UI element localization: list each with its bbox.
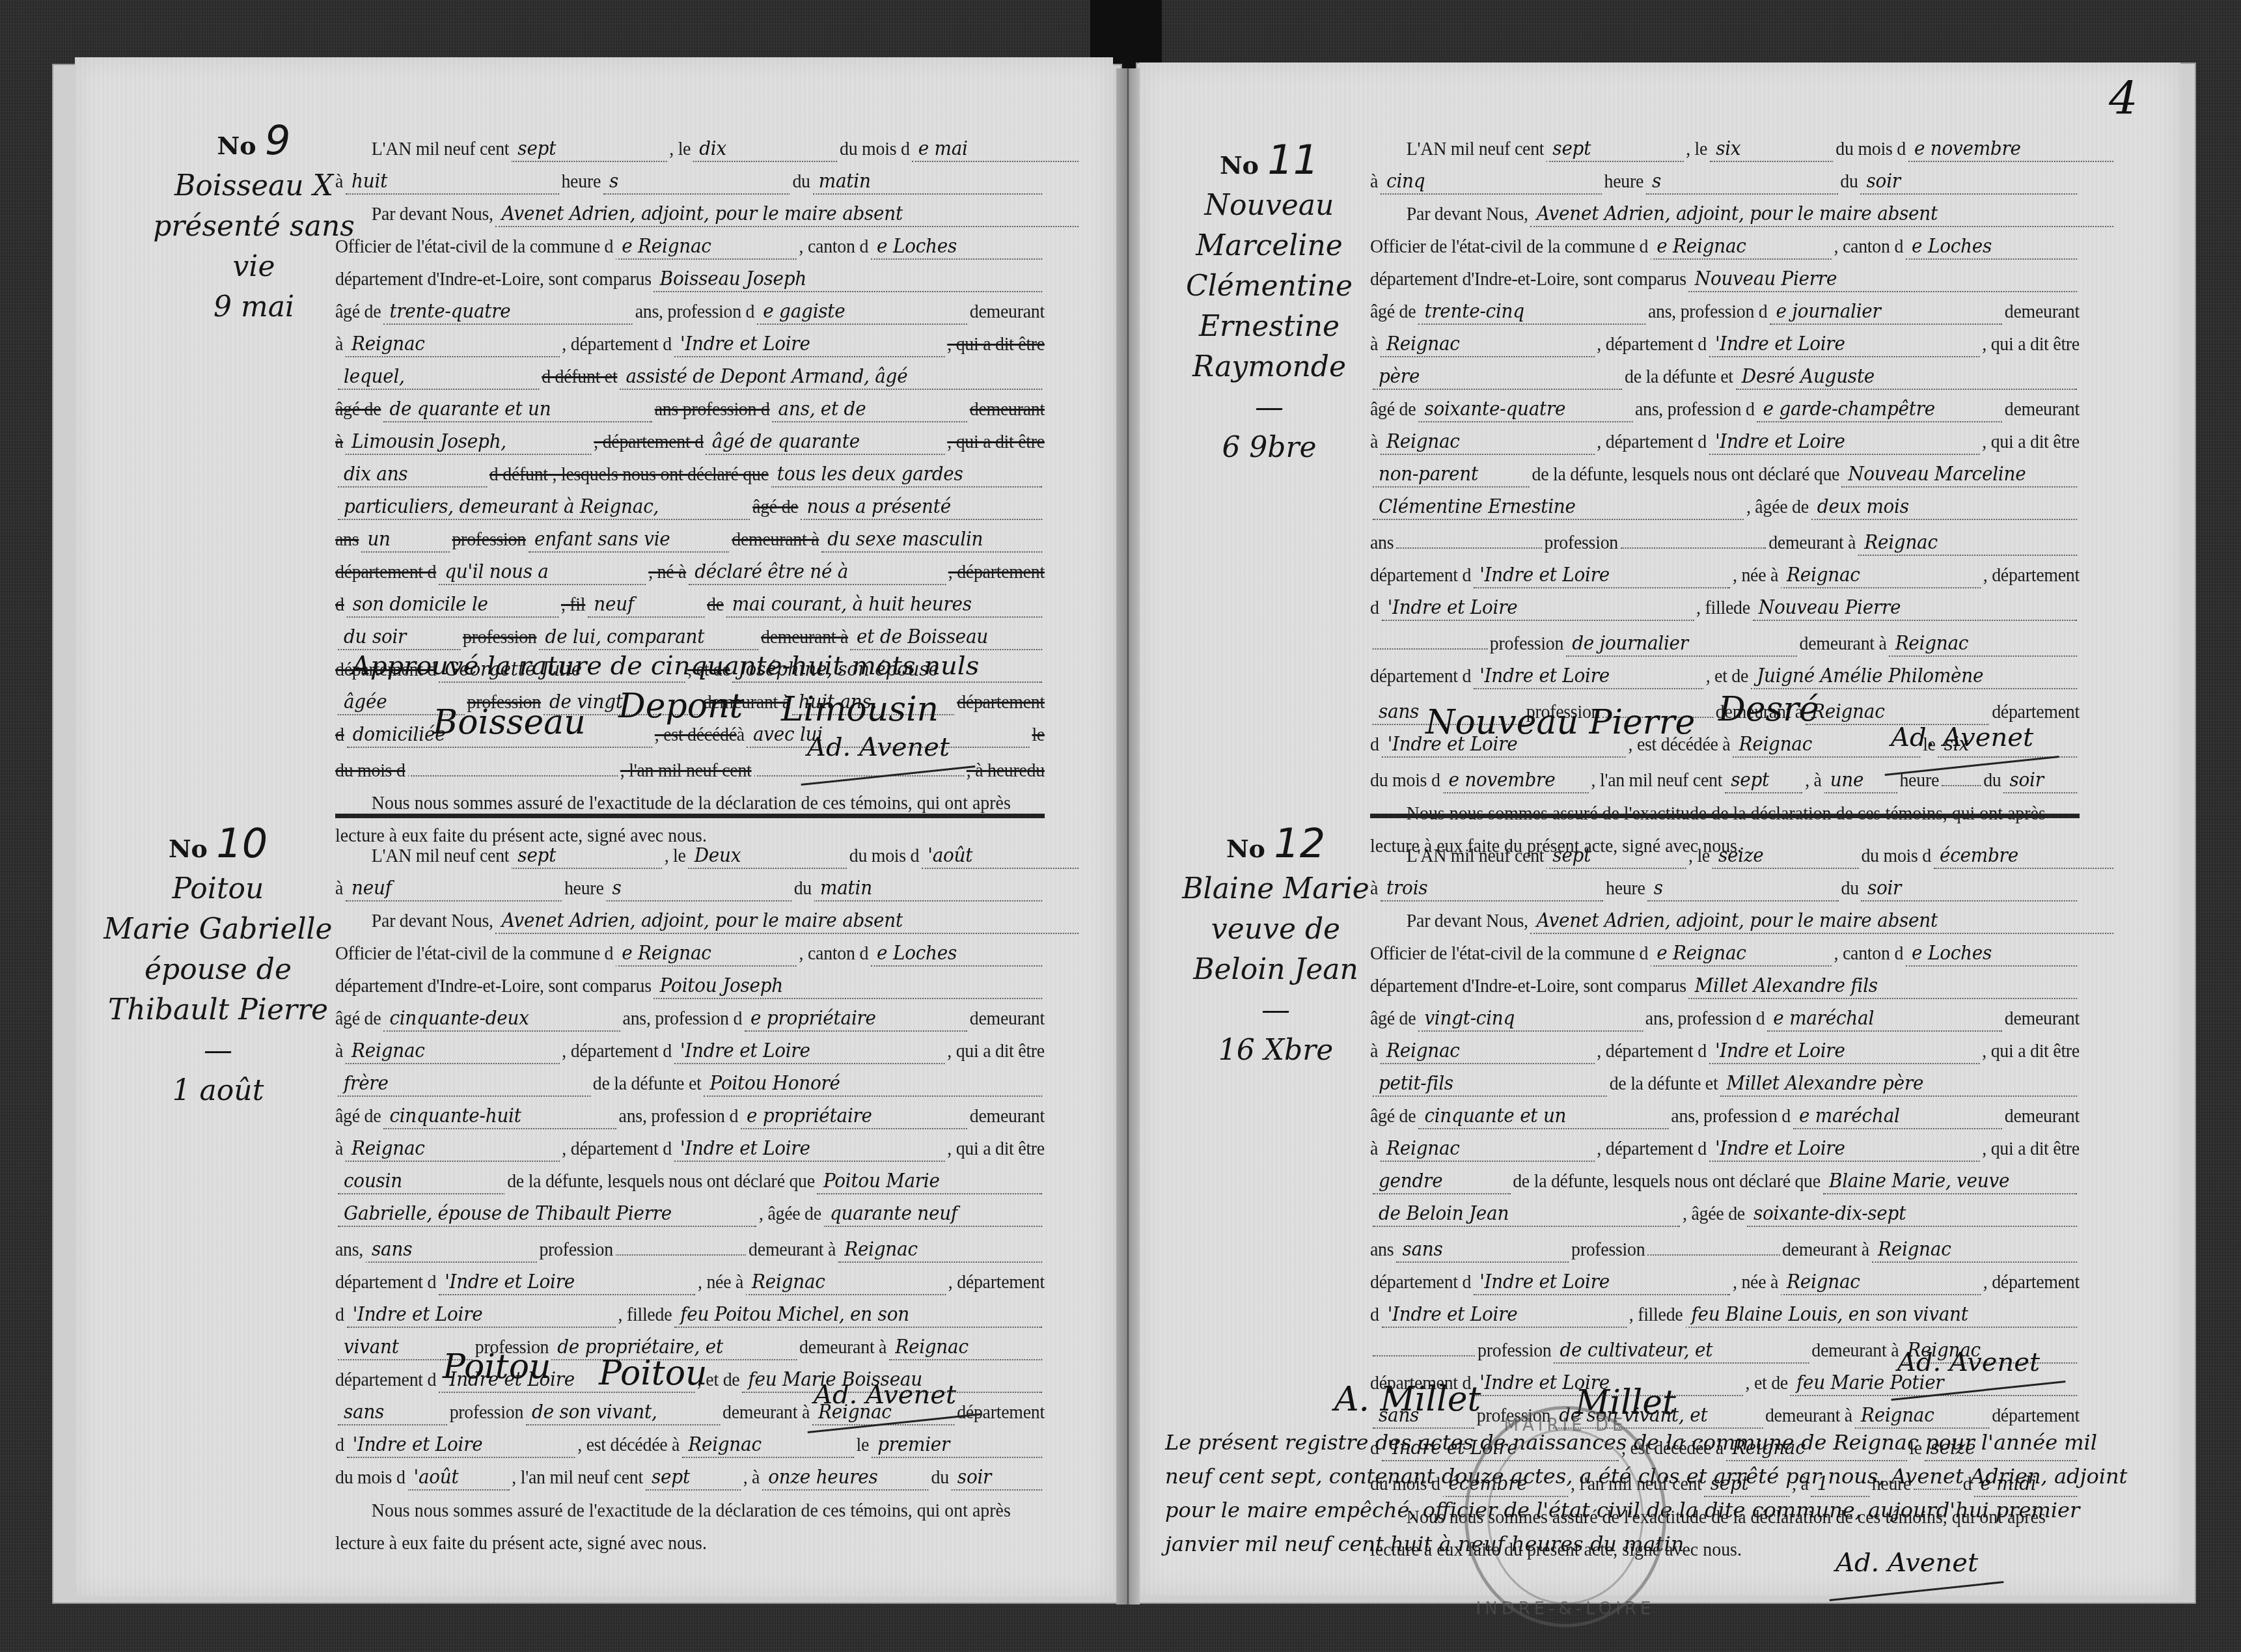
handwritten-field: cinq <box>1381 170 1602 195</box>
form-line: Officier de l'état-civil de la commune d… <box>335 231 1045 264</box>
form-line: L'AN mil neuf centsept, leseizedu mois d… <box>1370 840 2116 873</box>
form-line: âgé decinquante et unans, profession de … <box>1370 1101 2080 1133</box>
handwritten-field: e Reignac <box>1651 942 1832 967</box>
margin-line: 1 août <box>75 1071 361 1111</box>
handwritten-field: e Reignac <box>616 942 797 967</box>
printed-label: d <box>1370 1299 1379 1331</box>
handwritten-field: s <box>1647 877 1838 902</box>
handwritten-field: nous a présenté <box>801 495 1042 520</box>
handwritten-field: 'Indre et Loire <box>346 1433 575 1458</box>
printed-label: , qui a dit être <box>1982 426 2080 458</box>
printed-label: département d <box>335 1267 436 1299</box>
handwritten-field: Desré Auguste <box>1735 365 2077 390</box>
handwritten-field <box>407 752 618 777</box>
printed-label: d <box>335 1429 344 1461</box>
printed-label: demeurant à <box>1768 527 1856 559</box>
printed-label: , canton d <box>1834 231 1903 263</box>
form-line: particuliers, demeurant à Reignac,âgé de… <box>335 491 1045 524</box>
form-line: d'Indre et Loire, filledeNouveau Pierre <box>1370 592 2080 625</box>
printed-label: , à <box>743 1462 760 1494</box>
act-number-label: No <box>1226 834 1265 863</box>
printed-label: département <box>957 687 1045 719</box>
printed-label: ans, profession d <box>1635 394 1755 426</box>
handwritten-field: petit-fils <box>1373 1072 1607 1097</box>
printed-label: Par devant Nous, <box>1407 199 1528 230</box>
printed-label: à <box>335 329 343 361</box>
margin-line: Thibault Pierre <box>75 990 361 1030</box>
margin-line: Nouveau <box>1139 186 1399 226</box>
printed-label: d défunt , lesquels nous ont déclaré que <box>489 459 769 491</box>
handwritten-field: de quarante et un <box>383 398 652 422</box>
printed-label: profession <box>463 622 536 654</box>
form-line: département dqu'il nous a, né àdéclaré ê… <box>335 557 1045 589</box>
handwritten-field: e maréchal <box>1767 1007 2002 1032</box>
handwritten-field: e novembre <box>1908 137 2113 162</box>
margin-note-act-12: No 12Blaine Marieveuve deBeloin Jean—16 … <box>1146 823 1406 1071</box>
handwritten-field: e maréchal <box>1793 1105 2002 1129</box>
printed-label: du <box>794 873 812 905</box>
form-line: àReignac, département d'Indre et Loire, … <box>1370 329 2080 361</box>
handwritten-field: sept <box>512 137 667 162</box>
handwritten-field: enfant sans vie <box>529 528 730 553</box>
handwritten-field: sans <box>366 1238 537 1263</box>
handwritten-field: écembre <box>1934 844 2113 869</box>
handwritten-field: e propriétaire <box>745 1007 967 1032</box>
printed-label: profession <box>1490 628 1563 660</box>
form-line: àReignac, département d'Indre et Loire, … <box>1370 1133 2080 1166</box>
handwritten-field: Reignac <box>1889 632 2077 657</box>
printed-label: , âgée de <box>759 1198 821 1230</box>
printed-label: département d <box>1370 560 1471 592</box>
handwritten-field: sept <box>1547 137 1683 162</box>
handwritten-field: Juigné Amélie Philomène <box>1751 665 2077 689</box>
handwritten-field: Reignac <box>889 1336 1042 1360</box>
act-number: No 11 <box>1139 140 1399 186</box>
form-line: âgé decinquante-huitans, profession de p… <box>335 1101 1045 1133</box>
printed-label: ans, <box>335 1234 363 1266</box>
form-line: àReignac, département d'Indre et Loire, … <box>335 329 1045 361</box>
form-line: Gabrielle, épouse de Thibault Pierre, âg… <box>335 1198 1045 1231</box>
handwritten-field: sans <box>338 1401 447 1425</box>
printed-label: profession <box>539 1234 612 1266</box>
handwritten-field: seize <box>1712 844 1859 869</box>
printed-label: , département <box>948 1267 1045 1299</box>
printed-label: , département d <box>1597 426 1707 458</box>
printed-label: , département d <box>1597 329 1707 361</box>
handwritten-field: e Reignac <box>616 235 797 260</box>
handwritten-field: neuf <box>588 593 704 618</box>
form-line: de Beloin Jean, âgée desoixante-dix-sept <box>1370 1198 2080 1231</box>
form-line: pèrede la défunte etDesré Auguste <box>1370 361 2080 394</box>
printed-label: d défunt et <box>542 361 617 393</box>
form-line: anssansprofessiondemeurant àReignac <box>1370 1231 2080 1267</box>
printed-label: département d'Indre-et-Loire, sont compa… <box>1370 971 1686 1002</box>
handwritten-field: Reignac <box>1381 333 1595 357</box>
printed-label: profession <box>1545 527 1618 559</box>
printed-label: à <box>335 1133 343 1165</box>
handwritten-field: e mai <box>912 137 1079 162</box>
form-line: ans,sansprofessiondemeurant àReignac <box>335 1231 1045 1267</box>
form-line: département d'Indre et Loire, et deJuign… <box>1370 661 2080 693</box>
handwritten-field: 'Indre et Loire <box>1709 333 1980 357</box>
form-line: àLimousin Joseph,, département dâgé de q… <box>335 426 1045 459</box>
handwritten-field: de cultivateur, et <box>1554 1339 1809 1364</box>
handwritten-field: cinquante-huit <box>383 1105 616 1129</box>
printed-label: à <box>1370 873 1378 905</box>
handwritten-field: Poitou Joseph <box>653 974 1042 999</box>
handwritten-field: Reignac <box>346 1039 560 1064</box>
margin-line: — <box>75 1030 361 1071</box>
act-number-value: 12 <box>1274 819 1325 867</box>
printed-label: âgé de <box>335 296 381 328</box>
handwritten-field: Avenet Adrien, adjoint, pour le maire ab… <box>495 202 1079 227</box>
printed-label: , département <box>1983 560 2080 592</box>
handwritten-field: Nouveau Pierre <box>1688 268 2077 292</box>
handwritten-field: et de Boisseau <box>851 626 1042 650</box>
handwritten-field: Reignac <box>1381 430 1595 455</box>
handwritten-field: Poitou Honoré <box>704 1072 1042 1097</box>
printed-label: à <box>1370 166 1378 198</box>
handwritten-field: qu'il nous a <box>439 560 646 585</box>
handwritten-field: non-parent <box>1373 463 1530 488</box>
handwritten-field: Reignac <box>1781 1271 1981 1295</box>
printed-label: ans, profession d <box>619 1101 739 1133</box>
act-number-value: 9 <box>265 117 290 164</box>
printed-label: département d'Indre-et-Loire, sont compa… <box>335 264 652 296</box>
printed-label: à <box>335 873 343 905</box>
margin-line: Beloin Jean <box>1146 950 1406 990</box>
act-number-value: 11 <box>1267 136 1319 184</box>
printed-label: profession <box>1571 1234 1645 1266</box>
printed-label: du mois d <box>1861 840 1931 872</box>
handwritten-field: 'Indre et Loire <box>1381 1303 1627 1328</box>
handwritten-field: trois <box>1381 877 1604 902</box>
handwritten-field: particuliers, demeurant à Reignac, <box>338 495 750 520</box>
printed-label: à <box>335 166 343 198</box>
form-line: département d'Indre et Loire, née àReign… <box>335 1267 1045 1299</box>
handwritten-field: 'Indre et Loire <box>674 1039 945 1064</box>
printed-label: du <box>1841 873 1859 905</box>
printed-label: , qui a dit être <box>1982 1133 2080 1165</box>
printed-label: profession <box>450 1397 523 1429</box>
printed-label: , l'an mil neuf cent <box>1591 765 1723 797</box>
handwritten-field: 'Indre et Loire <box>1709 1039 1980 1064</box>
printed-label: d <box>335 589 344 621</box>
handwritten-field: soir <box>1862 877 2078 902</box>
margin-note-act-10: No 10PoitouMarie Gabrielleépouse deThiba… <box>75 823 361 1111</box>
printed-label: de la défunte, lesquels nous ont déclaré… <box>507 1166 815 1198</box>
printed-label: heure <box>561 166 601 198</box>
printed-label: , et de <box>1706 661 1748 693</box>
printed-label: , à heure <box>967 755 1027 787</box>
officer-signature: Ad. Avenet <box>814 1380 956 1410</box>
handwritten-field: e propriétaire <box>741 1105 967 1129</box>
form-line: Officier de l'état-civil de la commune d… <box>335 938 1045 971</box>
handwritten-field: Blaine Marie, veuve <box>1823 1170 2078 1194</box>
margin-line: Marceline Clémentine <box>1139 226 1399 307</box>
printed-label: L'AN mil neuf cent <box>1407 840 1545 872</box>
printed-label: , âgée de <box>1746 491 1809 523</box>
printed-label: à <box>1370 1133 1378 1165</box>
handwritten-field: âgé de quarante <box>706 430 945 455</box>
form-line: àReignac, département d'Indre et Loire, … <box>335 1133 1045 1166</box>
erasure-approval-note: Approuvé la rature de cinquante-huit mot… <box>351 651 979 681</box>
officer-signature: Ad. Avenet <box>807 732 950 762</box>
closing-line: lecture à eux faite du présent acte, sig… <box>335 1527 1045 1560</box>
handwritten-field: e Reignac <box>1651 235 1832 260</box>
act-separator-rule <box>1370 814 2080 818</box>
printed-label: ans, profession d <box>1671 1101 1791 1133</box>
handwritten-field: 'Indre et Loire <box>1474 564 1730 588</box>
handwritten-field: e Loches <box>1906 942 2077 967</box>
form-line: àReignac, département d'Indre et Loire, … <box>1370 1036 2080 1068</box>
handwritten-field: huit <box>346 170 559 195</box>
printed-label: , le <box>665 840 686 872</box>
handwritten-field: Millet Alexandre fils <box>1688 974 2077 999</box>
printed-label: ans <box>1370 1234 1394 1266</box>
handwritten-field: Clémentine Ernestine <box>1373 495 1744 520</box>
witness-signature: A. Millet <box>1334 1380 1481 1419</box>
printed-label: , département d <box>1597 1036 1707 1067</box>
printed-label: , le <box>1688 840 1710 872</box>
printed-label: , qui a dit être <box>1982 1036 2080 1067</box>
handwritten-field: Nouveau Pierre <box>1753 596 2078 621</box>
printed-label: ans profession d <box>655 394 770 426</box>
printed-label: , département d <box>562 1133 672 1165</box>
handwritten-field: gendre <box>1373 1170 1511 1194</box>
printed-label: à <box>1370 426 1378 458</box>
handwritten-field: 'août <box>407 1466 509 1491</box>
printed-label: ans, profession d <box>635 296 755 328</box>
printed-label: demeurant <box>2005 1101 2080 1133</box>
handwritten-field: soir <box>1860 170 2077 195</box>
form-line: département d'Indre et Loire, née àReign… <box>1370 560 2080 592</box>
handwritten-field: 'Indre et Loire <box>1381 596 1694 621</box>
handwritten-field: de journalier <box>1566 632 1797 657</box>
handwritten-field: de Beloin Jean <box>1373 1202 1681 1227</box>
handwritten-field: Reignac <box>1806 700 1990 725</box>
handwritten-field: s <box>603 170 790 195</box>
printed-label: demeurant à <box>1800 628 1887 660</box>
witness-signature: Poitou <box>599 1354 708 1393</box>
handwritten-field: soixante-quatre <box>1418 398 1632 422</box>
form-line: Clémentine Ernestine, âgée dedeux mois <box>1370 491 2080 524</box>
margin-line: Ernestine Raymonde <box>1139 307 1399 387</box>
folio-number: 4 <box>2109 72 2138 125</box>
handwritten-field <box>1373 625 1487 650</box>
printed-label: , canton d <box>1834 938 1903 970</box>
handwritten-field: 'Indre et Loire <box>1709 430 1980 455</box>
form-line: du soirprofessionde lui, comparantdemeur… <box>335 622 1045 654</box>
printed-label: demeurant à <box>761 622 848 654</box>
printed-label: à <box>335 426 343 458</box>
form-line: Par devant Nous,Avenet Adrien, adjoint, … <box>335 199 1081 231</box>
printed-label: du mois d <box>849 840 920 872</box>
printed-label: âgé de <box>1370 394 1416 426</box>
handwritten-field: Limousin Joseph, <box>346 430 592 455</box>
form-line: professionde journalierdemeurant àReigna… <box>1370 625 2080 661</box>
printed-label: demeurant <box>2005 394 2080 426</box>
handwritten-field <box>1373 1332 1476 1356</box>
printed-label: à <box>335 1036 343 1067</box>
printed-label: , le <box>669 133 691 165</box>
stamp-top-text: MAIRIE DE <box>1504 1416 1627 1435</box>
handwritten-field: sept <box>1725 769 1803 793</box>
printed-label: , qui a dit être <box>947 1133 1045 1165</box>
printed-label: âgé de <box>752 491 798 523</box>
act-number: No 12 <box>1146 823 1406 869</box>
margin-line: — <box>1139 387 1399 428</box>
printed-label: le <box>857 1429 870 1461</box>
printed-label: , le <box>1686 133 1707 165</box>
handwritten-field: Reignac <box>838 1238 1042 1263</box>
printed-label: ans <box>1370 527 1394 559</box>
printed-label: de <box>1733 592 1750 624</box>
witness-signature: Limousin <box>781 690 939 729</box>
handwritten-field: sans <box>1396 1238 1569 1263</box>
handwritten-field: dix ans <box>338 463 487 488</box>
closure-officer-signature: Ad. Avenet <box>1835 1548 1978 1578</box>
handwritten-field: neuf <box>346 877 562 902</box>
act-number-label: No <box>1220 150 1259 180</box>
handwritten-field <box>1396 524 1542 549</box>
printed-label: heure <box>564 873 604 905</box>
handwritten-field: s <box>606 877 791 902</box>
printed-label: L'AN mil neuf cent <box>1407 133 1545 165</box>
stamp-bottom-text: INDRE-&-LOIRE <box>1476 1599 1655 1619</box>
printed-label: demeurant à <box>1811 1335 1899 1367</box>
handwritten-field: 'août <box>922 844 1079 869</box>
form-line: âgé decinquante-deuxans, profession de p… <box>335 1003 1045 1036</box>
handwritten-field: e Loches <box>1906 235 2077 260</box>
form-line: non-parentde la défunte, lesquels nous o… <box>1370 459 2080 491</box>
printed-label: demeurant <box>970 296 1045 328</box>
printed-label: , département d <box>1597 1133 1707 1165</box>
handwritten-field: son domicile le <box>346 593 558 618</box>
printed-label: demeurant à <box>722 1397 810 1429</box>
handwritten-field: Reignac <box>746 1271 946 1295</box>
closing-statement: Nous nous sommes assuré de l'exactitude … <box>335 1494 1045 1560</box>
handwritten-field: Avenet Adrien, adjoint, pour le maire ab… <box>1530 202 2113 227</box>
printed-label: de <box>707 589 724 621</box>
printed-label: du <box>931 1462 948 1494</box>
handwritten-field: onze heures <box>762 1466 929 1491</box>
handwritten-field: matin <box>814 877 1043 902</box>
form-line: âgé dede quarante et unans profession da… <box>335 394 1045 426</box>
printed-label: du mois d <box>1835 133 1906 165</box>
form-line: Officier de l'état-civil de la commune d… <box>1370 938 2080 971</box>
printed-label: ans, profession d <box>1648 296 1768 328</box>
form-line: âgé devingt-cinqans, profession de maréc… <box>1370 1003 2080 1036</box>
handwritten-field <box>1647 1231 1780 1256</box>
handwritten-field: frère <box>338 1072 590 1097</box>
handwritten-field <box>616 1231 747 1256</box>
printed-label: , département d <box>562 329 672 361</box>
handwritten-field: Nouveau Marceline <box>1842 463 2077 488</box>
handwritten-field: s <box>1646 170 1838 195</box>
printed-label: du <box>1983 765 2001 797</box>
printed-label: département d <box>1370 1267 1471 1299</box>
margin-line: 16 Xbre <box>1146 1030 1406 1071</box>
printed-label: ans, profession d <box>1645 1003 1765 1035</box>
handwritten-field: dix <box>693 137 837 162</box>
printed-label: , fil <box>561 589 585 621</box>
handwritten-field: soir <box>952 1466 1043 1491</box>
handwritten-field: feu Blaine Louis, en son vivant <box>1685 1303 2077 1328</box>
form-line: àtroisheuresdusoir <box>1370 873 2080 905</box>
handwritten-field: Reignac <box>346 1137 560 1162</box>
form-line: ansunprofessionenfant sans viedemeurant … <box>335 524 1045 557</box>
form-line: département d'Indre et Loire, née àReign… <box>1370 1267 2080 1299</box>
printed-label: âgé de <box>335 1101 381 1133</box>
margin-line: Marie Gabrielle <box>75 909 361 950</box>
printed-label: , née à <box>698 1267 743 1299</box>
printed-label: de la défunte et <box>1625 361 1733 393</box>
margin-line: veuve de <box>1146 909 1406 950</box>
form-line: petit-filsde la défunte etMillet Alexand… <box>1370 1068 2080 1101</box>
margin-line: 6 9bre <box>1139 428 1399 468</box>
printed-label: , département <box>1983 1267 2080 1299</box>
handwritten-field: Reignac <box>1872 1238 2078 1263</box>
printed-label: , fille <box>1696 592 1733 624</box>
printed-label: , âgée de <box>1683 1198 1745 1230</box>
handwritten-field: tous les deux gardes <box>771 463 1043 488</box>
handwritten-field: du soir <box>338 626 461 650</box>
printed-label: demeurant à <box>749 1234 836 1266</box>
printed-label: demeurant <box>2005 296 2080 328</box>
form-line: du mois de novembre, l'an mil neuf cents… <box>1370 762 2080 797</box>
printed-label: , qui a dit être <box>947 426 1045 458</box>
handwritten-field: 'Indre et Loire <box>674 333 945 357</box>
handwritten-field: de son vivant, <box>526 1401 720 1425</box>
form-line: àReignac, département d'Indre et Loire, … <box>1370 426 2080 459</box>
form-line: Par devant Nous,Avenet Adrien, adjoint, … <box>335 905 1081 938</box>
handwritten-field: e novembre <box>1442 769 1589 793</box>
form-line: département d'Indre-et-Loire, sont compa… <box>335 264 1045 296</box>
form-line: L'AN mil neuf centsept, leDeuxdu mois d'… <box>335 840 1081 873</box>
handwritten-field: sept <box>1547 844 1686 869</box>
printed-label: heure <box>1604 166 1643 198</box>
margin-line: Blaine Marie <box>1146 869 1406 909</box>
printed-label: , et de <box>1745 1368 1787 1399</box>
printed-label: d <box>1370 729 1379 761</box>
form-line: âgé detrente-quatreans, profession de ga… <box>335 296 1045 329</box>
printed-label: , l'an mil neuf cent <box>620 755 752 787</box>
handwritten-field: 'Indre et Loire <box>1474 1271 1730 1295</box>
form-line: département d'Indre-et-Loire, sont compa… <box>1370 971 2080 1003</box>
printed-label: ans, profession d <box>623 1003 743 1035</box>
printed-label: du mois d <box>840 133 910 165</box>
handwritten-field: cinquante et un <box>1418 1105 1669 1129</box>
printed-label: le <box>1032 719 1045 751</box>
witness-signature: Depont <box>618 687 743 726</box>
printed-label: département d <box>335 557 436 588</box>
printed-label: , née à <box>1733 560 1778 592</box>
handwritten-field: e Loches <box>871 942 1042 967</box>
printed-label: Par devant Nous, <box>1407 905 1528 937</box>
printed-label: , qui a dit être <box>1982 329 2080 361</box>
handwritten-field: lequel, <box>338 365 540 390</box>
handwritten-field: mai courant, à huit heures <box>726 593 1043 618</box>
printed-label: Par devant Nous, <box>372 199 493 230</box>
printed-label: à <box>1370 1036 1378 1067</box>
handwritten-field: quarante neuf <box>824 1202 1043 1227</box>
page-gutter <box>1116 68 1140 1604</box>
handwritten-field: vingt-cinq <box>1418 1007 1643 1032</box>
printed-label: Officier de l'état-civil de la commune d <box>335 938 613 970</box>
handwritten-field: cousin <box>338 1170 505 1194</box>
printed-label: âgé de <box>335 1003 381 1035</box>
